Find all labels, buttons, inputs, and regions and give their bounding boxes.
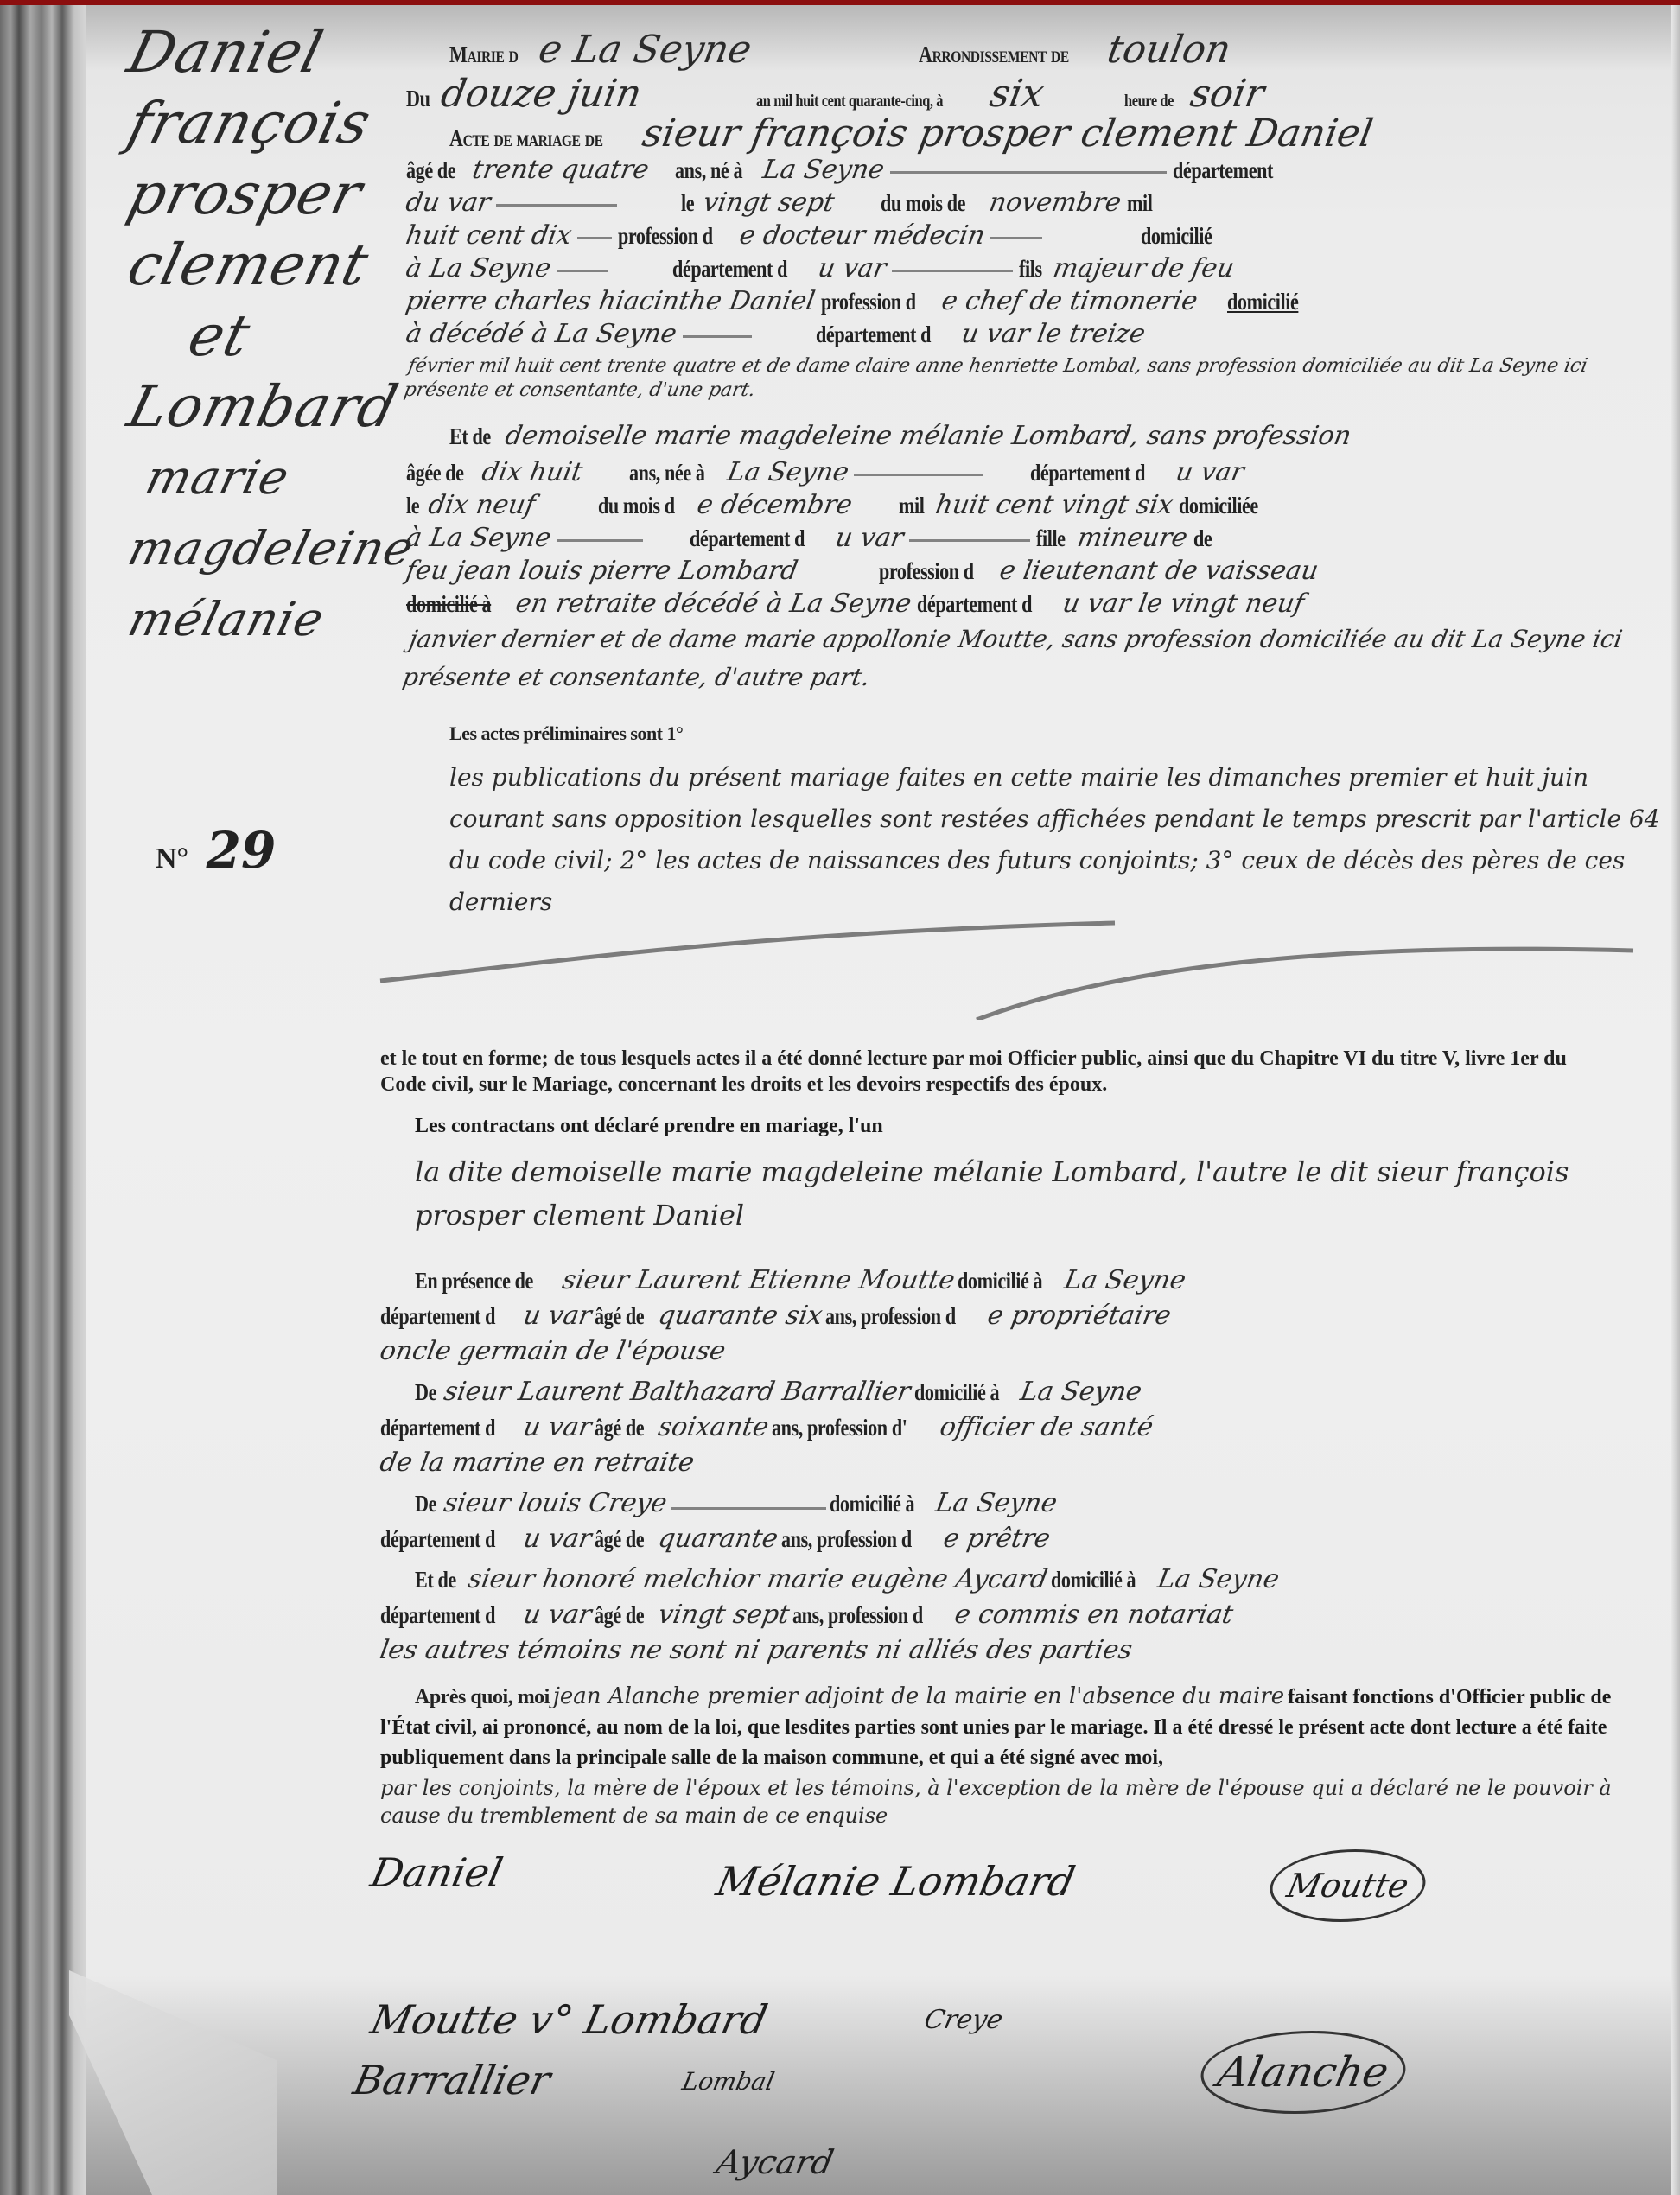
page-right-edge (1671, 5, 1680, 2195)
mairie-value: e La Seyne (535, 26, 755, 74)
bride-father-dept: u var le vingt neuf (1060, 588, 1307, 620)
witness-domicile: La Seyne (933, 1488, 1060, 1519)
declaration-label: Les contractans ont déclaré prendre en m… (415, 1115, 883, 1137)
label: département d (380, 1412, 495, 1443)
groom-age-line: âgé de trente quatre ans, né à La Seyne … (406, 154, 1616, 187)
header-line: Mairie d e La Seyne Arrondissement de to… (406, 26, 1616, 74)
label: département d (672, 252, 787, 285)
label: du mois d (598, 489, 675, 522)
groom-father-death: février mil huit cent trente quatre et d… (402, 354, 1629, 403)
groom-name: sieur françois prosper clement Daniel (639, 114, 1375, 154)
signatures: Daniel Mélanie Lombard Moutte Moutte v° … (354, 1841, 1651, 2195)
officer-name: jean Alanche premier adjoint de la mairi… (553, 1683, 1284, 1710)
witness-list: En présence de sieur Laurent Etienne Mou… (380, 1265, 1616, 1670)
label: domiciliée (1179, 489, 1258, 522)
witness-name: sieur louis Creye (442, 1488, 670, 1519)
label: du mois de (881, 187, 965, 219)
margin-name: mélanie (121, 584, 380, 655)
groom-father-dom-line: à décédé à La Seyne département d u var … (406, 318, 1616, 351)
bride-birth-day: dix neuf (425, 489, 537, 522)
witness: Et de sieur honoré melchior marie eugène… (380, 1564, 1616, 1670)
groom-father-domicile: à décédé à La Seyne (404, 318, 679, 351)
label: département d (917, 588, 1032, 620)
signature: Alanche (1213, 2048, 1393, 2096)
bride-dept: u var (1174, 456, 1247, 489)
label: de feu (1149, 252, 1237, 285)
label: département d (816, 318, 931, 351)
label: domicilié à (406, 588, 491, 620)
bride-intro: Et de demoiselle marie magdeleine mélani… (406, 417, 1616, 456)
preliminaries: Les actes préliminaires sont 1° les publ… (406, 713, 1668, 927)
closing: Après quoi, moi jean Alanche premier adj… (380, 1683, 1616, 1833)
witness-profession: e commis en notariat (952, 1600, 1236, 1631)
bride-status: mineure (1075, 522, 1190, 555)
label: âgé de (595, 1600, 644, 1631)
groom-intro: Acte de mariage de sieur françois prospe… (406, 114, 1616, 154)
signature: Lombal (679, 2067, 777, 2096)
bride-dept2: u var (833, 522, 907, 555)
signature: Mélanie Lombard (712, 1858, 1079, 1905)
witness-domicile: La Seyne (1062, 1265, 1188, 1296)
witness-relation: les autres témoins ne sont ni parents ni… (378, 1635, 1135, 1666)
witness-profession: officier de santé (938, 1412, 1155, 1443)
label: le (681, 187, 694, 219)
groom-dept2: u var (816, 252, 889, 285)
bride-domicile: à La Seyne (404, 522, 554, 555)
label: fils (1019, 252, 1042, 285)
bride-father-dom-line: domicilié à en retraite décédé à La Seyn… (406, 588, 1616, 620)
groom-father: pierre charles hiacinthe Daniel (404, 285, 818, 318)
label: De (415, 1377, 436, 1408)
bride-age: dix huit (480, 456, 585, 489)
date-line: Du douze juin an mil huit cent quarante-… (406, 74, 1616, 114)
bride-father-death: janvier dernier et de dame marie appollo… (399, 620, 1632, 697)
witness-age: quarante (656, 1524, 780, 1555)
label: domicilié à (958, 1265, 1042, 1296)
label: ans, profession d' (772, 1412, 907, 1443)
date-day-month: douze juin (437, 74, 644, 114)
blank-cancellation-strokes (372, 916, 1668, 1020)
label: De (415, 1488, 436, 1519)
label: Et de (415, 1564, 456, 1595)
reading-clause-text: et le tout en forme; de tous lesquels ac… (380, 1047, 1567, 1096)
label: ans, profession d (781, 1524, 912, 1555)
groom-father-profession: e chef de timonerie (939, 285, 1200, 318)
bride-birth-month: e décembre (695, 489, 855, 522)
margin-name: et (121, 301, 380, 372)
witness-profession: e prêtre (940, 1524, 1052, 1555)
acte-number-value: 29 (207, 821, 277, 880)
label: domicilié (1141, 219, 1212, 252)
groom-birthplace: La Seyne (760, 154, 887, 187)
label: département d (380, 1524, 495, 1555)
label: ans, profession d (792, 1600, 923, 1631)
label: domicilié à (914, 1377, 999, 1408)
closing-label: Après quoi, moi (415, 1683, 550, 1711)
bride-father-death-line: janvier dernier et de dame marie appollo… (406, 620, 1625, 701)
bride-father-domicile: en retraite décédé à La Seyne (512, 588, 913, 620)
groom-dept: du var (404, 187, 493, 219)
declaration-names: la dite demoiselle marie magdeleine méla… (415, 1150, 1616, 1237)
label: mil (899, 489, 925, 522)
bride-name: demoiselle marie magdeleine mélanie Lomb… (502, 417, 1354, 456)
bride-age-line: âgée de dix huit ans, née à La Seyne dép… (406, 456, 1616, 489)
margin-name: françois (121, 88, 380, 159)
groom-birth-year: huit cent dix (404, 219, 575, 252)
label: ans, née à (629, 456, 705, 489)
groom-father-dept: u var le treize (958, 318, 1147, 351)
groom-birth-month: novembre (987, 187, 1124, 219)
witness-name: sieur honoré melchior marie eugène Aycar… (466, 1564, 1050, 1595)
acte-number-label: N° (156, 843, 188, 875)
label: département d (690, 522, 805, 555)
label: fille (1036, 522, 1066, 555)
witness-dept: u var (521, 1524, 594, 1555)
signature: Moutte (1283, 1867, 1412, 1905)
label: de (1193, 522, 1212, 555)
witness-relation: oncle germain de l'épouse (378, 1336, 728, 1367)
groom-intro-label: Acte de mariage de (449, 118, 603, 158)
book-binding-gutter (0, 5, 86, 2195)
witness-domicile: La Seyne (1155, 1564, 1281, 1595)
acte-number: N° 29 (156, 821, 276, 880)
label: âgé de (595, 1412, 644, 1443)
witness-age: quarante six (656, 1301, 825, 1332)
witness-profession: e propriétaire (985, 1301, 1174, 1332)
groom-profession: e docteur médecin (736, 219, 987, 252)
signature: Moutte v° Lombard (366, 1996, 771, 2043)
witness: De sieur louis Creye domicilié à La Seyn… (380, 1488, 1616, 1559)
witness-age: soixante (656, 1412, 771, 1443)
label: âgé de (595, 1301, 644, 1332)
bride-father: feu jean louis pierre Lombard (404, 555, 800, 588)
label: âgée de (406, 456, 464, 489)
groom-father-line: pierre charles hiacinthe Daniel professi… (406, 285, 1616, 318)
witness-relation: de la marine en retraite (378, 1447, 697, 1479)
bride-father-line: feu jean louis pierre Lombard profession… (406, 555, 1616, 588)
margin-name: prosper (121, 159, 380, 230)
label: ans, né à (675, 154, 742, 187)
label: âgé de (406, 154, 455, 187)
preliminaries-text: les publications du présent mariage fait… (449, 757, 1668, 923)
label: département d (1030, 456, 1145, 489)
arrondissement-value: toulon (1104, 26, 1234, 74)
witness-dept: u var (521, 1412, 594, 1443)
witness-name: sieur Laurent Balthazard Barrallier (442, 1377, 913, 1408)
witness-dept: u var (521, 1600, 594, 1631)
label: le (406, 489, 419, 522)
margin-name: magdeleine (121, 513, 380, 584)
label: domicilié (1227, 285, 1298, 318)
label: domicilié à (1051, 1564, 1136, 1595)
reading-clause: et le tout en forme; de tous lesquels ac… (380, 1046, 1616, 1097)
groom-domicile: à La Seyne (404, 252, 554, 285)
margin-name: marie (121, 442, 380, 513)
witness-domicile: La Seyne (1018, 1377, 1144, 1408)
groom-profession-line: huit cent dix profession d e docteur méd… (406, 219, 1616, 252)
label: ans, profession d (825, 1301, 956, 1332)
bride-birthplace: La Seyne (724, 456, 850, 489)
label: profession d (879, 555, 974, 588)
label: mil (1127, 187, 1153, 219)
margin-name: Lombard (121, 372, 380, 442)
closing-handwritten: par les conjoints, la mère de l'époux et… (380, 1774, 1616, 1829)
witness: De sieur Laurent Balthazard Barrallier d… (380, 1377, 1616, 1483)
witness-dept: u var (521, 1301, 594, 1332)
date-period: soir (1187, 74, 1267, 114)
declaration: Les contractans ont déclaré prendre en m… (380, 1104, 1616, 1243)
signature: Aycard (713, 2143, 837, 2181)
groom-domicile-line: à La Seyne département d u var fils maje… (406, 252, 1616, 285)
groom-birth-day: vingt sept (700, 187, 837, 219)
groom-age: trente quatre (469, 154, 631, 187)
bride-domicile-line: à La Seyne département d u var fille min… (406, 522, 1616, 555)
groom-birth-line: du var le vingt sept du mois de novembre… (406, 187, 1616, 219)
label: domicilié à (830, 1488, 914, 1519)
label: département d (380, 1301, 495, 1332)
acte-body: Mairie d e La Seyne Arrondissement de to… (406, 26, 1616, 927)
date-hour: six (987, 74, 1047, 114)
label: En présence de (415, 1265, 533, 1296)
label: département d (380, 1600, 495, 1631)
date-prefix: Du (406, 79, 430, 118)
signature: Creye (921, 2005, 1005, 2035)
lower-body: et le tout en forme; de tous lesquels ac… (380, 1046, 1616, 1833)
bride-birth-year: huit cent vingt six (933, 489, 1176, 522)
label: département (1173, 154, 1273, 187)
label: profession d (821, 285, 916, 318)
bride-birth-line: le dix neuf du mois d e décembre mil hui… (406, 489, 1616, 522)
witness-name: sieur Laurent Etienne Moutte (560, 1265, 958, 1296)
margin-name: clement (121, 230, 380, 301)
signature: Daniel (366, 1849, 506, 1896)
witness-age: vingt sept (656, 1600, 792, 1631)
bride-father-profession: e lieutenant de vaisseau (997, 555, 1321, 588)
label: âgé de (595, 1524, 644, 1555)
label: Et de (449, 417, 491, 456)
groom-son-status: majeur (1051, 252, 1149, 285)
margin-names: Daniel françois prosper clement et Lomba… (130, 17, 372, 655)
signature: Barrallier (349, 2057, 554, 2103)
groom-father-death-line: février mil huit cent trente quatre et d… (406, 354, 1625, 404)
margin-name: Daniel (121, 17, 380, 88)
witness: En présence de sieur Laurent Etienne Mou… (380, 1265, 1616, 1371)
label: profession d (618, 219, 713, 252)
preliminaries-label: Les actes préliminaires sont 1° (449, 713, 683, 754)
